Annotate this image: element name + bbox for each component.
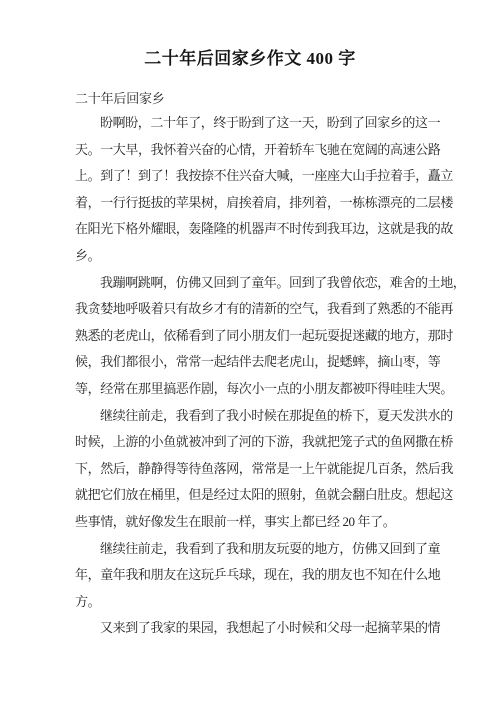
essay-line: 候，我们都很小，常常一起结伴去爬老虎山，捉蟋蟀，摘山枣，等 (75, 349, 445, 376)
essay-line: 乡。 (75, 243, 445, 270)
essay-line: 下，然后，静静得等待鱼落网，常常是一上午就能捉几百条，然后我 (75, 456, 445, 483)
essay-line: 继续往前走，我看到了我小时候在那捉鱼的桥下，夏天发洪水的 (75, 403, 445, 430)
essay-line: 上。到了！到了！我按捺不住兴奋大喊，一座座大山手拉着手，矗立 (75, 163, 445, 190)
essay-body: 盼啊盼，二十年了，终于盼到了这一天，盼到了回家乡的这一 天。一大早，我怀着兴奋的… (75, 110, 445, 642)
document-page: 二十年后回家乡作文 400 字 二十年后回家乡 盼啊盼，二十年了，终于盼到了这一… (0, 0, 500, 707)
essay-line: 继续往前走，我看到了我和朋友玩耍的地方，仿佛又回到了童 (75, 536, 445, 563)
essay-line: 盼啊盼，二十年了，终于盼到了这一天，盼到了回家乡的这一 (75, 110, 445, 137)
essay-line: 就把它们放在桶里，但是经过太阳的照射，鱼就会翻白肚皮。想起这 (75, 482, 445, 509)
essay-line: 等，经常在那里搞恶作剧，每次小一点的小朋友都被吓得哇哇大哭。 (75, 376, 445, 403)
essay-line: 着，一行行挺拔的苹果树，肩挨着肩，排列着，一栋栋漂亮的二层楼 (75, 190, 445, 217)
essay-line: 些事情，就好像发生在眼前一样，事实上都已经 20 年了。 (75, 509, 445, 536)
essay-line: 在阳光下格外耀眼，轰隆隆的机器声不时传到我耳边，这就是我的故 (75, 216, 445, 243)
essay-line: 时候，上游的小鱼就被冲到了河的下游，我就把笼子式的鱼网撒在桥 (75, 429, 445, 456)
essay-line: 我贪婪地呼吸着只有故乡才有的清新的空气，我看到了熟悉的不能再 (75, 296, 445, 323)
page-title: 二十年后回家乡作文 400 字 (0, 44, 500, 69)
essay-line: 我蹦啊跳啊，仿佛又回到了童年。回到了我曾依恋，难舍的土地， (75, 270, 445, 297)
essay-line: 又来到了我家的果园，我想起了小时候和父母一起摘苹果的情 (75, 615, 445, 642)
essay-line: 天。一大早，我怀着兴奋的心情，开着轿车飞驰在宽阔的高速公路 (75, 137, 445, 164)
essay-line: 方。 (75, 589, 445, 616)
essay-heading: 二十年后回家乡 (75, 88, 165, 107)
essay-line: 年，童年我和朋友在这玩乒乓球，现在，我的朋友也不知在什么地 (75, 562, 445, 589)
essay-line: 熟悉的老虎山，依稀看到了同小朋友们一起玩耍捉迷藏的地方，那时 (75, 323, 445, 350)
